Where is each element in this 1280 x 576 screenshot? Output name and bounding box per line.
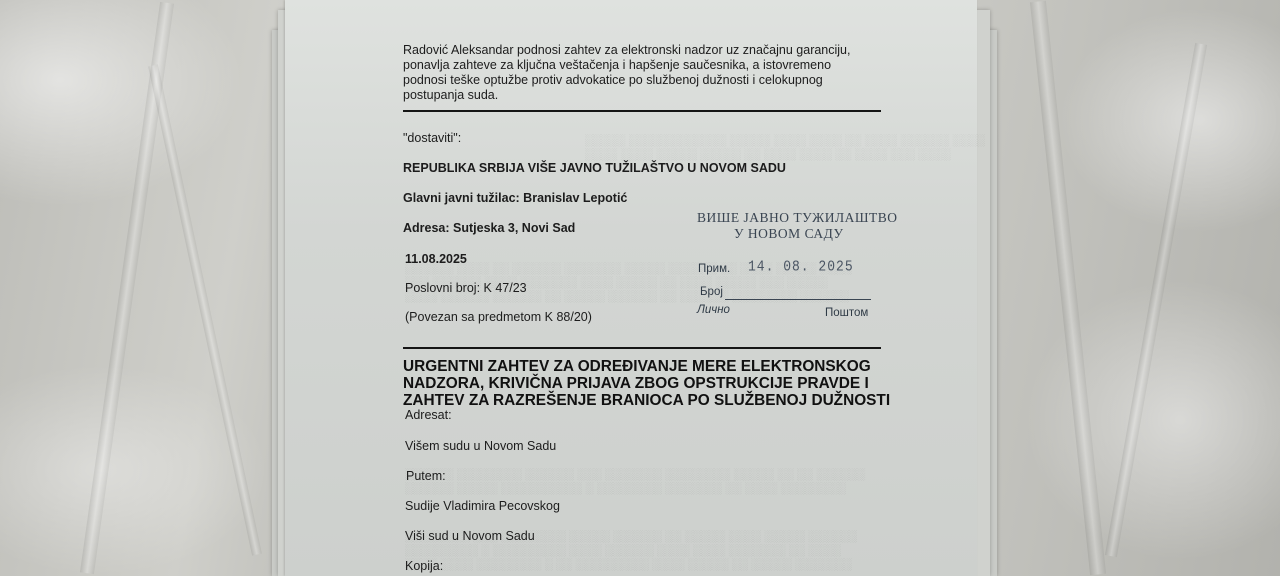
related-case: (Povezan sa predmetom K 88/20) <box>405 309 592 325</box>
stamp-office-line: ВИШЕ ЈАВНО ТУЖИЛАШТВО <box>697 210 898 226</box>
stamp-number-label: Број <box>700 286 723 298</box>
judge-name: Sudije Vladimira Pecovskog <box>405 498 560 514</box>
case-number: Poslovni broj: K 47/23 <box>405 280 527 296</box>
fabric-fold <box>1105 43 1207 557</box>
document-title-line: ZAHTEV ZA RAZREŠENJE BRANIOCA PO SLUŽBEN… <box>403 392 890 410</box>
divider-line <box>403 347 881 349</box>
document-date: 11.08.2025 <box>405 251 467 267</box>
document-title-line: NADZORA, KRIVIČNA PRIJAVA ZBOG OPSTRUKCI… <box>403 375 869 393</box>
stamp-city-line: У НОВОМ САДУ <box>734 226 844 242</box>
fabric-fold <box>148 64 262 555</box>
bleed-through-text: ░░░░ ░░░░░░ ░░░░ ░░ ░░░░ ░░░░ ░░░░░ ░░░░… <box>585 134 985 148</box>
via-label: Putem: <box>406 468 446 484</box>
fabric-fold <box>1030 1 1106 576</box>
bleed-through-text: ░░░░░░░ ░░░░░ ░░ ░░░░░ ░░░░ ░░░░░░░░░ ░░… <box>405 558 852 572</box>
prosecutor: Glavni javni tužilac: Branislav Lepotić <box>403 190 627 206</box>
addressee-label: Adresat: <box>405 407 452 423</box>
deliver-label: "dostaviti": <box>403 130 461 146</box>
stamp-post-label: Поштом <box>825 307 868 319</box>
address: Adresa: Sutjeska 3, Novi Sad <box>403 220 575 236</box>
document-page: ░░░░ ░░░░░░ ░░░░ ░░ ░░░░ ░░░░ ░░░░░ ░░░░… <box>285 0 977 576</box>
summary-line: ponavlja zahteve za ključna veštačenja i… <box>403 57 831 73</box>
divider-line <box>403 110 881 112</box>
stamp-received-date: 14. 08. 2025 <box>748 258 854 275</box>
bleed-through-text: ░░░░ ░░ ░░░░░░░ ░░░░ ░░░░ ░░░░░░ ░░░░ ░░… <box>405 544 841 558</box>
addressee: Višem sudu u Novom Sadu <box>405 438 556 454</box>
summary-line: podnosi teške optužbe protiv advokatice … <box>403 72 823 88</box>
court-name: Viši sud u Novom Sadu <box>405 528 535 544</box>
recipient: REPUBLIKA SRBIJA VIŠE JAVNO TUŽILAŠTVO U… <box>403 160 786 176</box>
bleed-through-text: ░░░░░░░░ ░░░░ ░░ ░░░░░░░ ░░░░░░░░ ░ ░░░░… <box>405 482 846 496</box>
document-title-line: URGENTNI ZAHTEV ZA ODREĐIVANJE MERE ELEK… <box>403 358 871 376</box>
stamp-received-label: Прим. <box>698 263 730 275</box>
summary-line: postupanja suda. <box>403 87 498 103</box>
summary-line: Radović Aleksandar podnosi zahtev za ele… <box>403 42 851 58</box>
copy-label: Kopija: <box>405 558 443 574</box>
stamp-number-line <box>725 299 871 300</box>
bleed-through-text: ░░░░░░ ░░ ░░ ░░░░░ ░░░░░░░░ ░░░░░░░ ░░░ … <box>405 468 866 482</box>
stamp-personal-label: Лично <box>697 304 730 316</box>
